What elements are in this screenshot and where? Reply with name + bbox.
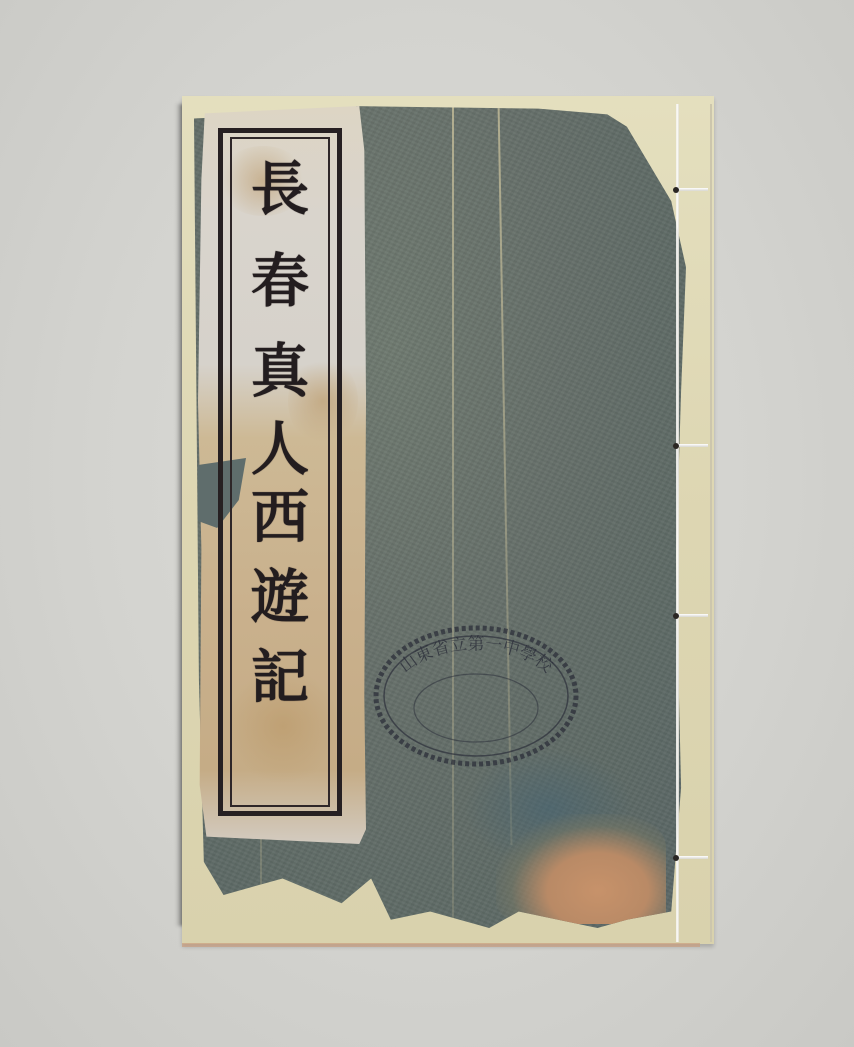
seal-icon: 山東省立第一中學校 (372, 620, 578, 770)
cover-worn-patch (496, 814, 666, 924)
binding-stitch (676, 188, 708, 191)
binding-thread (676, 104, 679, 942)
title-char-6: 遊 (238, 568, 322, 626)
title-char-7: 記 (238, 648, 322, 706)
stitch-hole (673, 443, 679, 449)
library-seal-stamp: 山東省立第一中學校 (372, 620, 578, 770)
book-title: 長春真人西遊記 (0, 0, 1, 1)
page-edge (182, 943, 700, 947)
binding-stitch (676, 444, 708, 447)
cover-crease (452, 102, 454, 928)
binding-spine (672, 104, 712, 942)
photo-scene: 長春真人西遊記 長 春 真 人 西 遊 記 山東省立第一中學校 (0, 0, 854, 1047)
title-char-2: 春 (238, 252, 322, 310)
binding-stitch (676, 856, 708, 859)
title-char-5: 西 (238, 488, 322, 546)
title-char-1: 長 (238, 160, 322, 218)
title-char-4: 人 (238, 420, 322, 478)
binding-stitch (676, 614, 708, 617)
stitch-hole (673, 187, 679, 193)
spine-edge (710, 104, 712, 942)
title-char-3: 真 (238, 342, 322, 400)
stitch-hole (673, 855, 679, 861)
stitch-hole (673, 613, 679, 619)
